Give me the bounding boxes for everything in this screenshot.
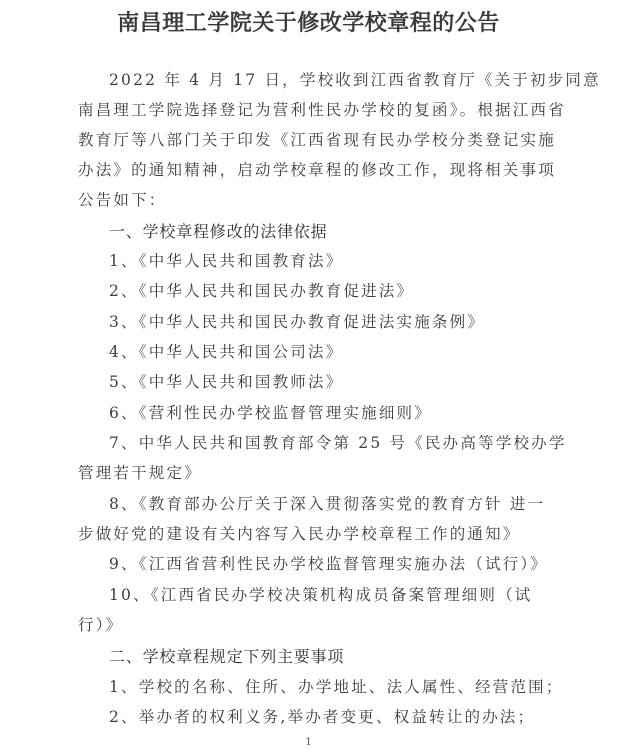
list-item: 9、《江西省营利性民办学校监督管理实施办法（试行）》 xyxy=(109,552,548,574)
intro-line: 教育厅等八部门关于印发《江西省现有民办学校分类登记实施 xyxy=(78,128,556,150)
section-heading: 一、学校章程修改的法律依据 xyxy=(109,219,327,242)
list-item: 8、《教育部办公厅关于深入贯彻落实党的教育方针 进一 xyxy=(109,492,545,514)
page-number: 1 xyxy=(0,737,617,748)
list-item: 7、中华人民共和国教育部令第 25 号《民办高等学校办学 xyxy=(109,431,567,453)
document-title: 南昌理工学院关于修改学校章程的公告 xyxy=(0,6,617,37)
list-item: 5、《中华人民共和国教师法》 xyxy=(109,370,343,392)
list-item: 2、举办者的权利义务,举办者变更、权益转让的办法； xyxy=(109,705,535,727)
section-heading: 二、学校章程规定下列主要事项 xyxy=(109,644,344,667)
list-item: 2、《中华人民共和国民办教育促进法》 xyxy=(109,279,414,301)
list-item: 10、《江西省民办学校决策机构成员备案管理细则（试 xyxy=(109,583,532,605)
list-item: 4、《中华人民共和国公司法》 xyxy=(109,340,343,362)
list-item: 6、《营利性民办学校监督管理实施细则》 xyxy=(109,401,432,423)
intro-line: 2022 年 4 月 17 日，学校收到江西省教育厅《关于初步同意 xyxy=(109,68,601,90)
list-item: 1、学校的名称、住所、办学地址、法人属性、经营范围； xyxy=(109,675,564,697)
intro-line: 公告如下： xyxy=(78,188,167,210)
intro-line: 办法》的通知精神，启动学校章程的修改工作，现将相关事项 xyxy=(78,158,556,180)
list-item-continuation: 步做好党的建设有关内容写入民办学校章程工作的通知》 xyxy=(78,522,521,544)
list-item-continuation: 行）》 xyxy=(78,613,123,635)
intro-line: 南昌理工学院选择登记为营利性民办学校的复函》。根据江西省 xyxy=(78,98,566,120)
list-item: 1、《中华人民共和国教育法》 xyxy=(109,249,343,271)
list-item-continuation: 管理若干规定》 xyxy=(78,461,202,483)
list-item: 3、《中华人民共和国民办教育促进法实施条例》 xyxy=(109,310,485,332)
